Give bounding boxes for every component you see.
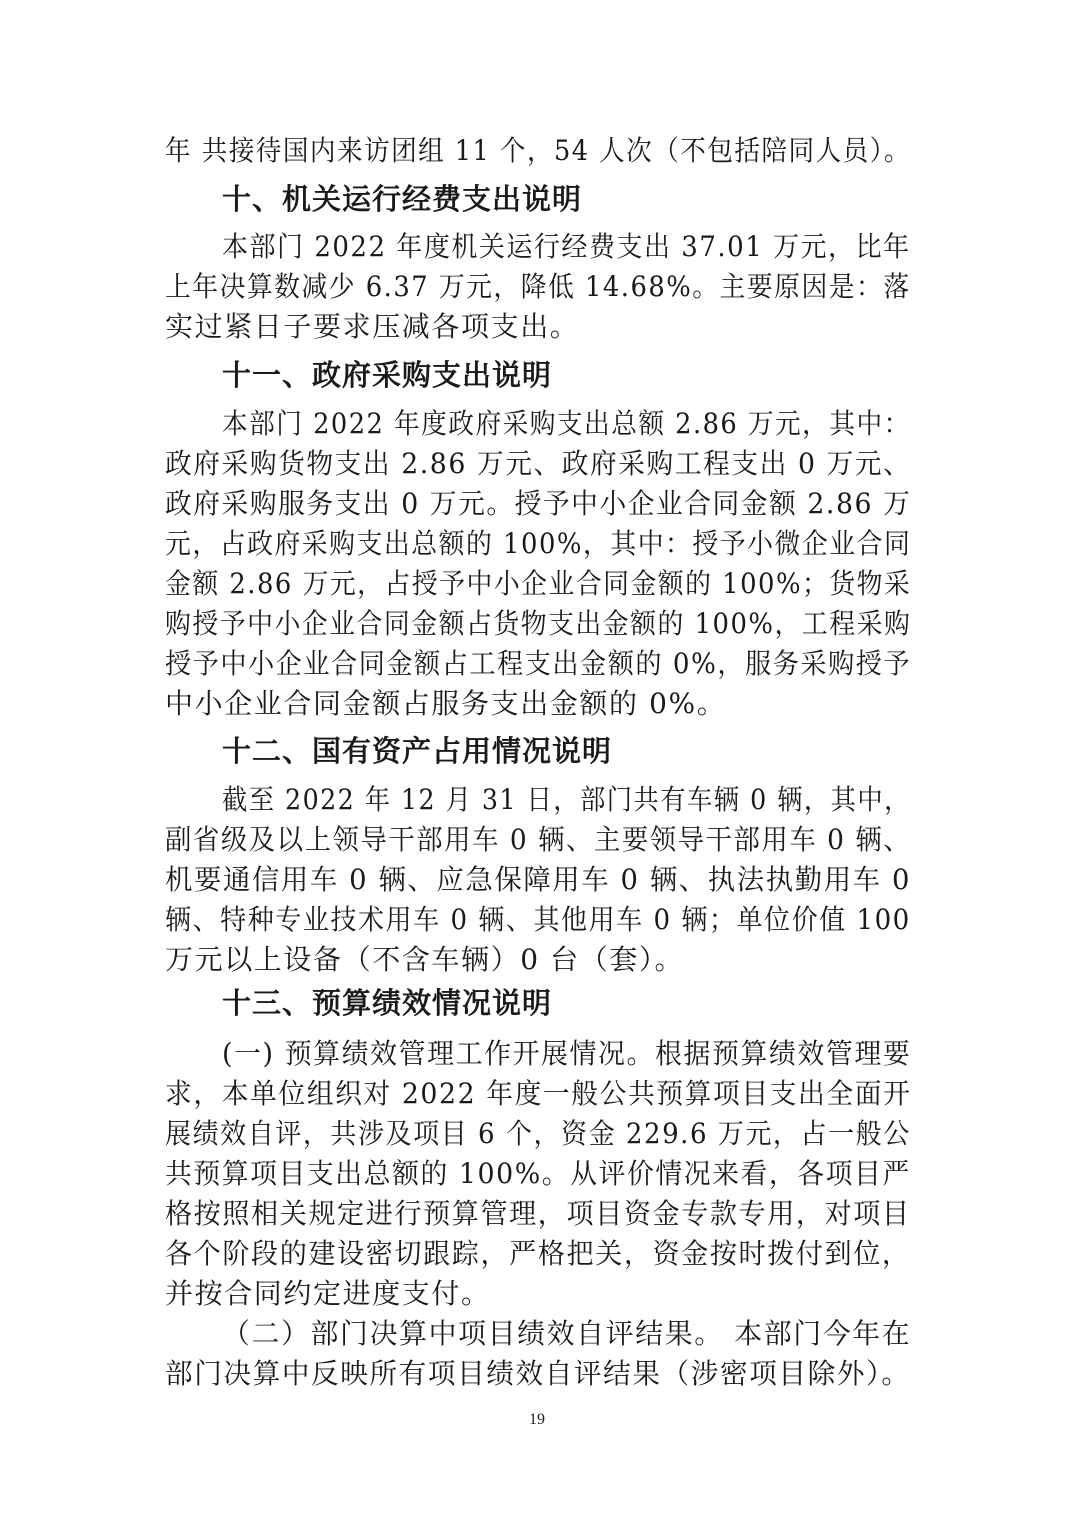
- paragraph-line: 政府采购货物支出 2.86 万元、政府采购工程支出 0 万元、: [165, 444, 911, 484]
- paragraph-line: 副省级及以上领导干部用车 0 辆、主要领导干部用车 0 辆、: [165, 820, 911, 860]
- paragraph-line: 元，占政府采购支出总额的 100%，其中：授予小微企业合同: [165, 524, 911, 564]
- paragraph-line: 展绩效自评，共涉及项目 6 个，资金 229.6 万元，占一般公: [165, 1114, 911, 1154]
- paragraph-line: 万元以上设备（不含车辆）0 台（套）。: [165, 940, 911, 980]
- section-heading-11: 十一、政府采购支出说明: [222, 355, 552, 395]
- page-number: 19: [0, 1410, 1074, 1430]
- paragraph-line: 授予中小企业合同金额占工程支出金额的 0%，服务采购授予: [165, 644, 911, 684]
- section-heading-13: 十三、预算绩效情况说明: [222, 983, 552, 1023]
- paragraph-line: 本部门 2022 年度政府采购支出总额 2.86 万元，其中：: [222, 404, 911, 444]
- paragraph-line: 政府采购服务支出 0 万元。授予中小企业合同金额 2.86 万: [165, 484, 911, 524]
- paragraph-line: 各个阶段的建设密切跟踪，严格把关，资金按时拨付到位，: [165, 1234, 911, 1274]
- paragraph-line: 金额 2.86 万元，占授予中小企业合同金额的 100%；货物采: [165, 564, 911, 604]
- paragraph-line: （二）部门决算中项目绩效自评结果。 本部门今年在: [222, 1314, 911, 1354]
- paragraph-line: 部门决算中反映所有项目绩效自评结果（涉密项目除外）。: [165, 1354, 911, 1394]
- paragraph-line: 购授予中小企业合同金额占货物支出金额的 100%，工程采购: [165, 604, 911, 644]
- document-page: 年 共接待国内来访团组 11 个，54 人次（不包括陪同人员）。 十、机关运行经…: [0, 0, 1074, 1520]
- paragraph-line: 辆、特种专业技术用车 0 辆、其他用车 0 辆；单位价值 100: [165, 900, 911, 940]
- paragraph-line: 年 共接待国内来访团组 11 个，54 人次（不包括陪同人员）。: [165, 131, 911, 171]
- paragraph-line: 截至 2022 年 12 月 31 日，部门共有车辆 0 辆，其中，: [222, 780, 911, 820]
- paragraph-line: 中小企业合同金额占服务支出金额的 0%。: [165, 684, 911, 724]
- paragraph-line: 本部门 2022 年度机关运行经费支出 37.01 万元，比年: [222, 227, 911, 267]
- paragraph-line: 格按照相关规定进行预算管理，项目资金专款专用，对项目: [165, 1194, 911, 1234]
- paragraph-line: 共预算项目支出总额的 100%。从评价情况来看，各项目严: [165, 1154, 911, 1194]
- paragraph-line: 求，本单位组织对 2022 年度一般公共预算项目支出全面开: [165, 1074, 911, 1114]
- section-heading-10: 十、机关运行经费支出说明: [222, 179, 582, 219]
- paragraph-line: 并按合同约定进度支付。: [165, 1274, 911, 1314]
- paragraph-line: 机要通信用车 0 辆、应急保障用车 0 辆、执法执勤用车 0: [165, 860, 911, 900]
- paragraph-line: 上年决算数减少 6.37 万元，降低 14.68%。主要原因是：落: [165, 267, 911, 307]
- section-heading-12: 十二、国有资产占用情况说明: [222, 731, 612, 771]
- paragraph-line: 实过紧日子要求压减各项支出。: [165, 307, 911, 347]
- paragraph-line: (一) 预算绩效管理工作开展情况。根据预算绩效管理要: [222, 1034, 911, 1074]
